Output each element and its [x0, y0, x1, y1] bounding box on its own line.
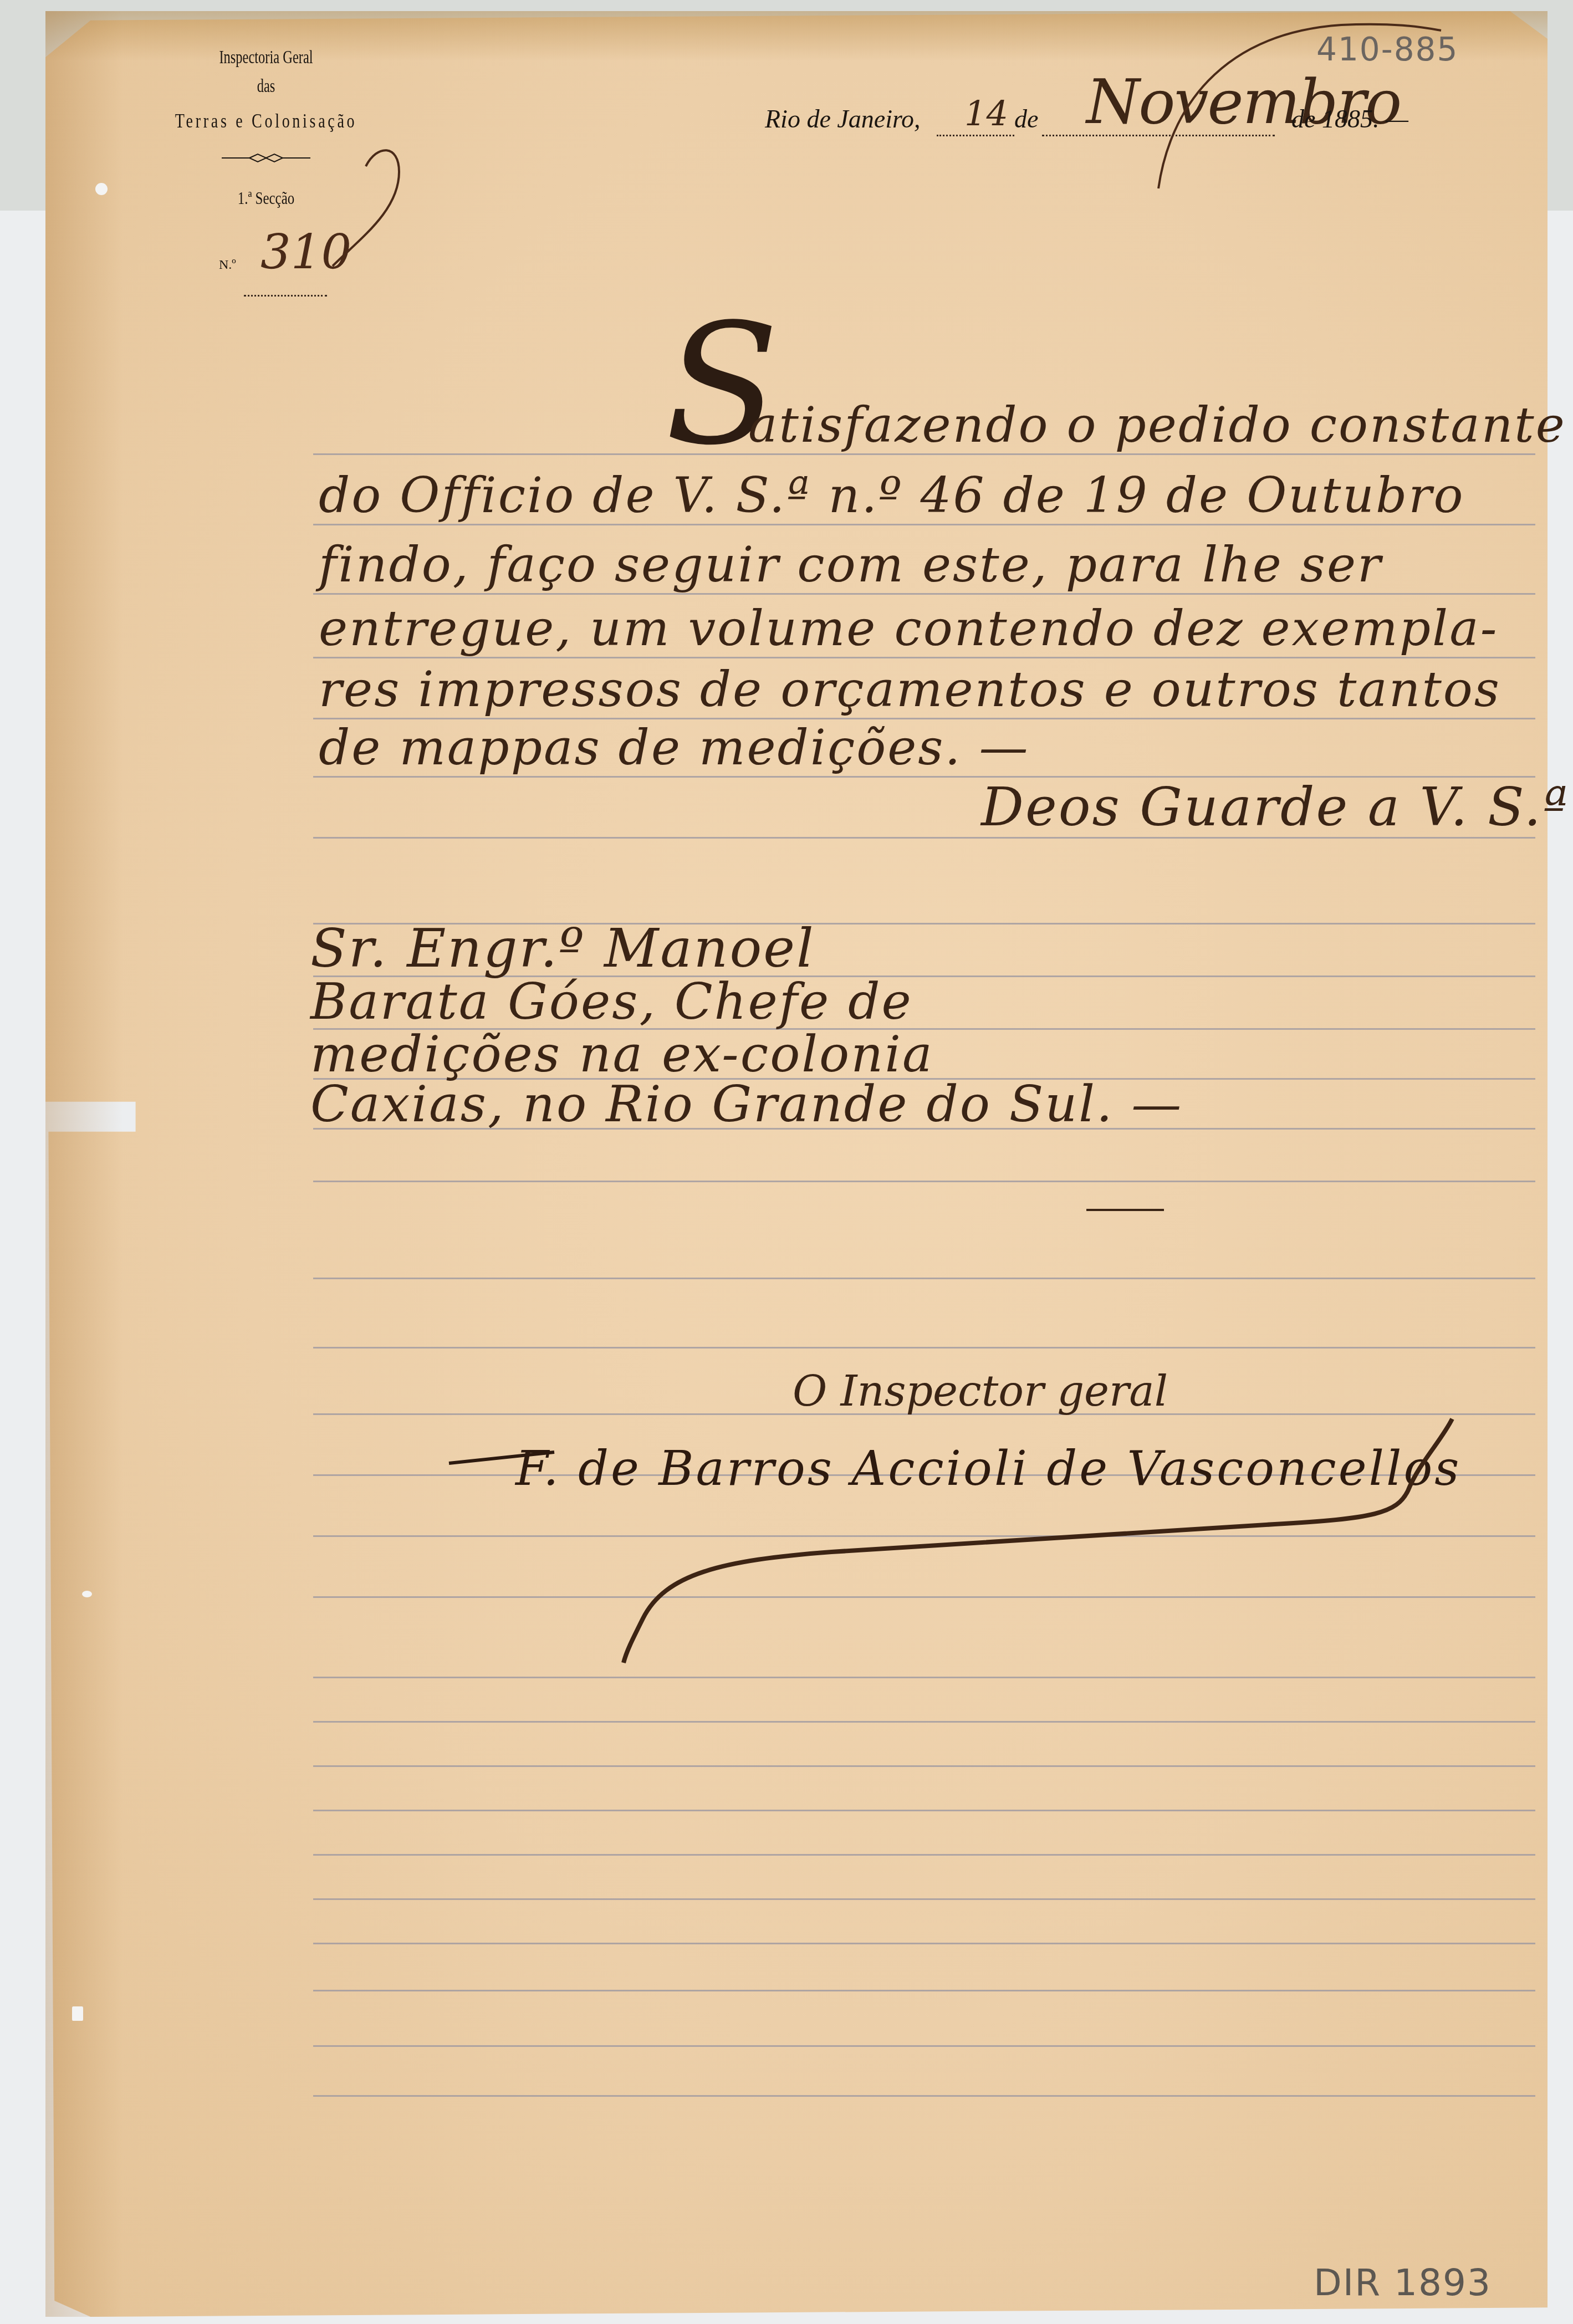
pen-flourish-icon: [0, 0, 1573, 2324]
